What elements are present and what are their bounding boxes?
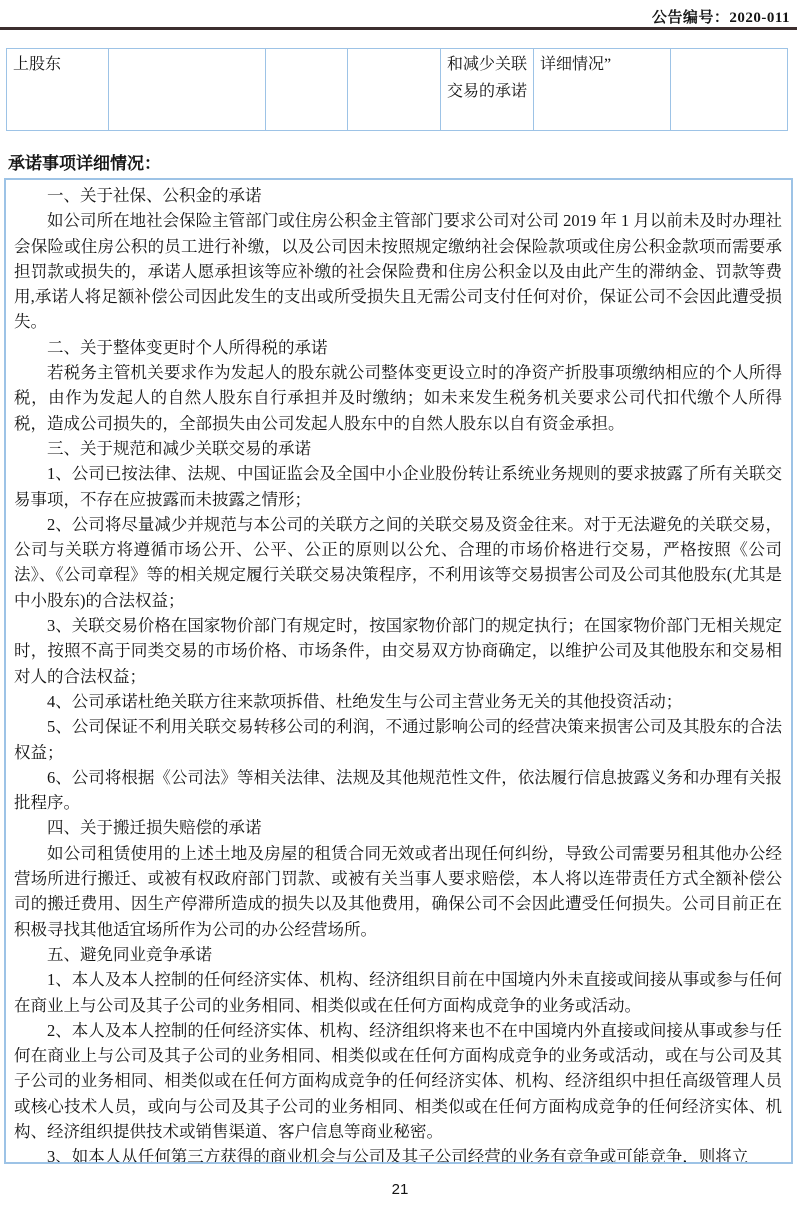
table-cell-empty-3 [348,49,441,131]
commitment-paragraph: 四、关于搬迁损失赔偿的承诺 [14,815,782,840]
commitment-paragraph: 1、公司已按法律、法规、中国证监会及全国中小企业股份转让系统业务规则的要求披露了… [14,461,782,512]
commitment-paragraph: 2、本人及本人控制的任何经济实体、机构、经济组织将来也不在中国境内外直接或间接从… [14,1018,782,1144]
commitment-paragraph: 一、关于社保、公积金的承诺 [14,183,782,208]
commitment-paragraph: 4、公司承诺杜绝关联方往来款项拆借、杜绝发生与公司主营业务无关的其他投资活动； [14,689,782,714]
commitment-paragraph: 3、如本人从任何第三方获得的商业机会与公司及其子公司经营的业务有竞争或可能竞争，… [14,1144,782,1164]
table-cell-empty-1 [109,49,266,131]
commitment-paragraph: 6、公司将根据《公司法》等相关法律、法规及其他规范性文件，依法履行信息披露义务和… [14,765,782,816]
table-cell-commitment-type: 和减少关联交易的承诺 [441,49,534,131]
table-cell-empty-2 [266,49,348,131]
commitment-paragraph: 三、关于规范和减少关联交易的承诺 [14,436,782,461]
page-number: 21 [0,1181,800,1198]
commitment-table-fragment: 上股东 和减少关联交易的承诺 详细情况” [6,48,788,131]
commitment-paragraph: 5、公司保证不利用关联交易转移公司的利润，不通过影响公司的经营决策来损害公司及其… [14,714,782,765]
commitment-paragraph: 如公司租赁使用的上述土地及房屋的租赁合同无效或者出现任何纠纷，导致公司需要另租其… [14,841,782,942]
document-page: 公告编号：2020-011 上股东 和减少关联交易的承诺 详细情况” 承诺事项详… [0,0,800,1222]
commitment-paragraph: 3、关联交易价格在国家物价部门有规定时，按国家物价部门的规定执行；在国家物价部门… [14,613,782,689]
commitment-paragraph: 五、避免同业竞争承诺 [14,942,782,967]
commitment-paragraph: 2、公司将尽量减少并规范与本公司的关联方之间的关联交易及资金往来。对于无法避免的… [14,512,782,613]
commitment-paragraph: 二、关于整体变更时个人所得税的承诺 [14,335,782,360]
commitment-details-box: 一、关于社保、公积金的承诺 如公司所在地社会保险主管部门或住房公积金主管部门要求… [4,178,793,1164]
commitment-paragraph: 1、本人及本人控制的任何经济实体、机构、经济组织目前在中国境内外未直接或间接从事… [14,967,782,1018]
commitment-paragraph: 如公司所在地社会保险主管部门或住房公积金主管部门要求公司对公司 2019 年 1… [14,208,782,334]
table-cell-shareholder: 上股东 [7,49,109,131]
table-cell-detail-ref: 详细情况” [534,49,671,131]
section-title: 承诺事项详细情况： [8,149,161,174]
table-cell-empty-4 [671,49,788,131]
commitment-paragraph: 若税务主管机关要求作为发起人的股东就公司整体变更设立时的净资产折股事项缴纳相应的… [14,360,782,436]
table-row: 上股东 和减少关联交易的承诺 详细情况” [7,49,788,131]
announcement-number: 公告编号：2020-011 [652,6,790,27]
header-rule-divider [0,27,797,30]
